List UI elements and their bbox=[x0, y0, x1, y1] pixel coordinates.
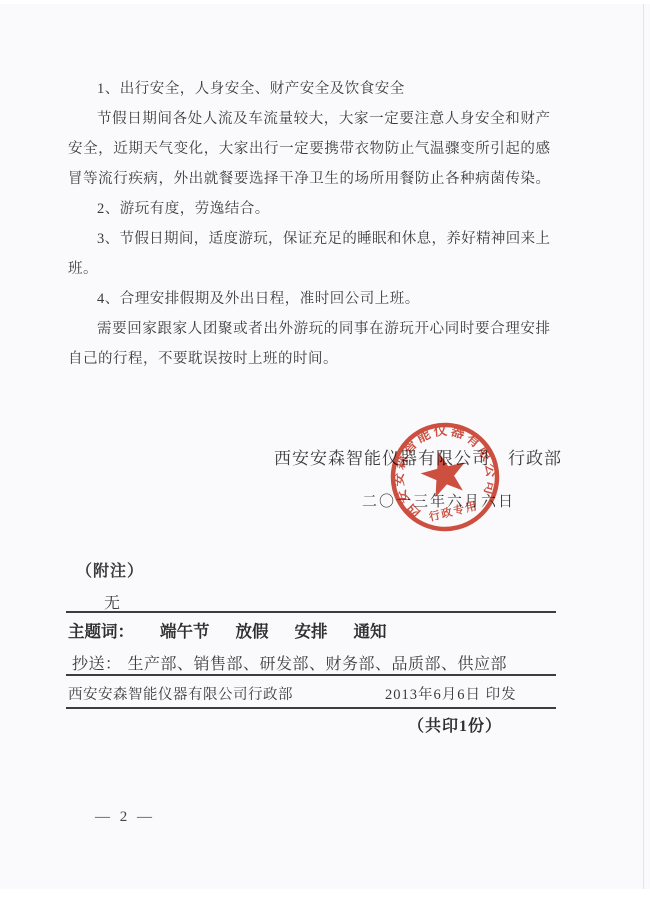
company-seal: 西安安森智能仪器有限公司 行政专用 bbox=[366, 398, 524, 556]
divider-line bbox=[66, 611, 556, 613]
body-line: 安全，近期天气变化，大家出行一定要携带衣物防止气温骤变所引起的感 bbox=[68, 134, 550, 164]
body-line: 自己的行程，不要耽误按时上班的时间。 bbox=[68, 344, 550, 374]
cc-label: 抄送： bbox=[72, 656, 122, 673]
subject-label: 主题词： bbox=[68, 623, 134, 641]
imprint-print-date: 2013年6月6日 印发 bbox=[385, 683, 517, 704]
subject-keyword: 安排 bbox=[295, 623, 328, 641]
cc-departments: 生产部、销售部、研发部、财务部、品质部、供应部 bbox=[128, 656, 508, 673]
body-line: 班。 bbox=[68, 254, 550, 284]
body-line: 3、节假日期间，适度游玩，保证充足的睡眠和休息，养好精神回来上 bbox=[68, 224, 550, 254]
seal-star bbox=[417, 446, 472, 499]
body-line: 1、出行安全，人身安全、财产安全及饮食安全 bbox=[68, 74, 550, 104]
scan-edge-top bbox=[0, 0, 650, 4]
page-number: — 2 — bbox=[95, 809, 155, 826]
divider-line bbox=[66, 674, 556, 676]
subject-keyword: 端午节 bbox=[160, 623, 210, 641]
body-line: 4、合理安排假期及外出日程，准时回公司上班。 bbox=[68, 284, 550, 314]
subject-keyword: 通知 bbox=[354, 623, 387, 641]
subject-keyword: 放假 bbox=[236, 623, 269, 641]
body-line: 冒等流行疾病，外出就餐要选择干净卫生的场所用餐防止各种病菌传染。 bbox=[68, 164, 550, 194]
divider-line bbox=[66, 707, 556, 709]
notes-label: （附注） bbox=[76, 558, 144, 581]
body-line: 需要回家跟家人团聚或者出外游玩的同事在游玩开心同时要合理安排 bbox=[68, 314, 550, 344]
copies-count: （共印1份） bbox=[408, 713, 502, 736]
notes-value: 无 bbox=[104, 590, 120, 613]
seal-graphic: 西安安森智能仪器有限公司 行政专用 bbox=[366, 398, 524, 556]
document-page: 1、出行安全，人身安全、财产安全及饮食安全 节假日期间各处人流及车流量较大，大家… bbox=[0, 0, 650, 897]
body-line: 2、游玩有度，劳逸结合。 bbox=[68, 194, 550, 224]
body-line: 节假日期间各处人流及车流量较大，大家一定要注意人身安全和财产 bbox=[68, 104, 550, 134]
imprint-issuer: 西安安森智能仪器有限公司行政部 bbox=[68, 683, 293, 704]
cc-row: 抄送：生产部、销售部、研发部、财务部、品质部、供应部 bbox=[72, 651, 507, 674]
notice-body: 1、出行安全，人身安全、财产安全及饮食安全 节假日期间各处人流及车流量较大，大家… bbox=[68, 74, 550, 374]
scan-edge-bottom bbox=[0, 889, 650, 897]
scan-edge-right bbox=[643, 4, 644, 889]
subject-keywords-row: 主题词：端午节放假安排通知 bbox=[68, 618, 387, 642]
